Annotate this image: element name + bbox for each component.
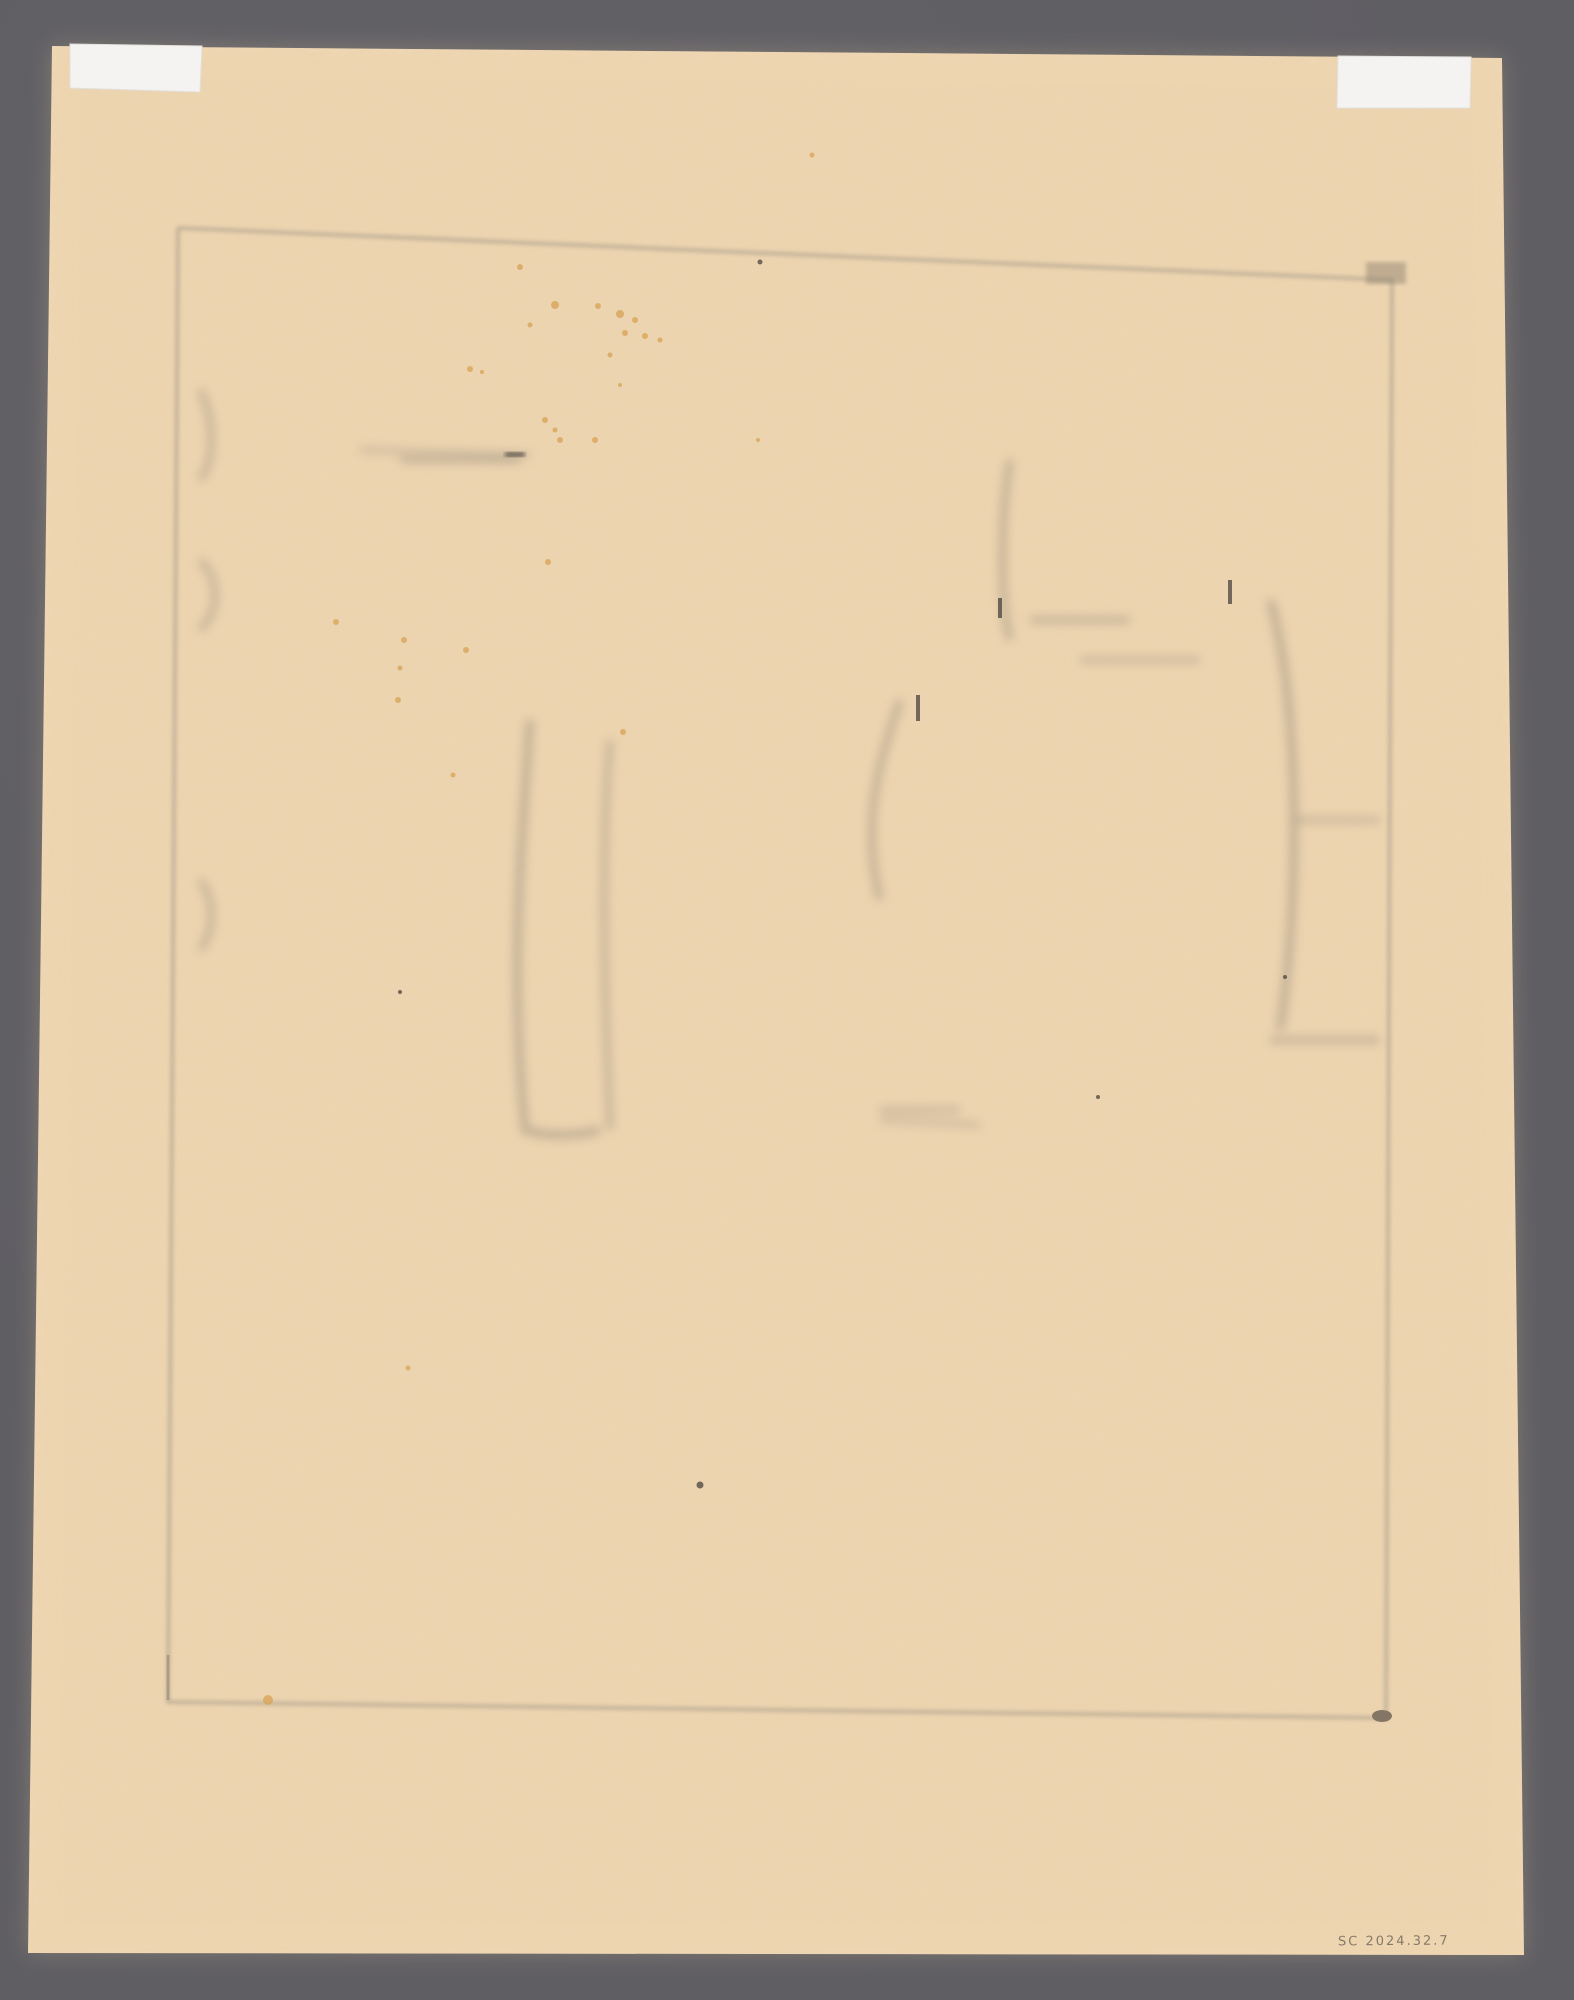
hinge-tape-left (70, 44, 202, 92)
accession-number: SC 2024.32.7 (1338, 1934, 1450, 1950)
hinge-tape-right (1337, 56, 1471, 108)
print-verso (0, 0, 1574, 2000)
